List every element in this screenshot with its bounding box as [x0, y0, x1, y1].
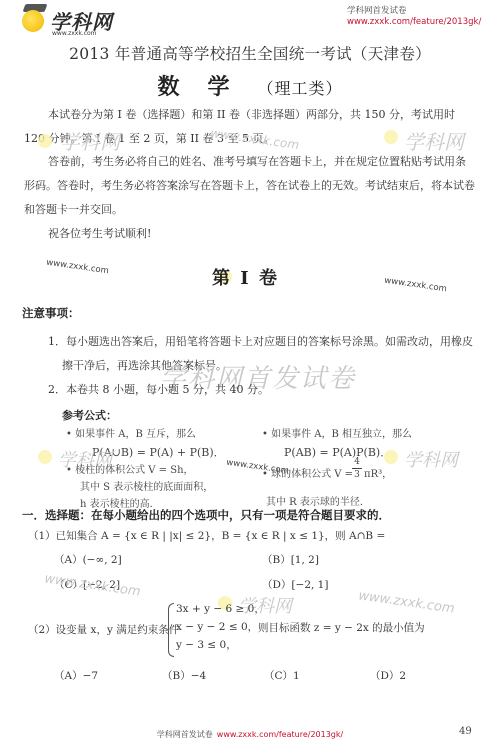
fraction-numerator: 4	[352, 457, 362, 469]
page-number: 49	[459, 726, 472, 737]
intro-paragraph-2: 答卷前，考生务必将自己的姓名、准考号填写在答题卡上，并在规定位置粘贴考试用条形码…	[24, 150, 476, 222]
footer-tagline: 学科网首发试卷	[157, 730, 213, 739]
watermark-url: www.zxxk.com	[384, 276, 448, 295]
fraction-denominator: 3	[352, 470, 362, 481]
header-tagline: 学科网首发试卷	[347, 6, 481, 17]
constraint-list: 3x + y − 6 ≥ 0， x − y − 2 ≤ 0， y − 3 ≤ 0…	[176, 600, 265, 654]
section-heading: 一．选择题：在每小题给出的四个选项中，只有一项是符合题目要求的．	[22, 507, 390, 523]
watermark-url: www.zxxk.com	[46, 258, 110, 277]
notes-heading: 注意事项：	[22, 305, 80, 321]
mascot-icon	[22, 10, 44, 32]
footer-link[interactable]: www.zxxk.com/feature/2013gk/	[217, 730, 343, 739]
watermark-mascot-icon	[38, 450, 52, 464]
formula-left-4: 其中 S 表示棱柱的底面面积，	[80, 479, 213, 496]
intro-wish: 祝各位考生考试顺利!	[48, 222, 500, 246]
subject-title: 数学（理工类）	[0, 70, 500, 101]
question-1-option-a: （A）(−∞, 2]	[54, 550, 122, 570]
footer: 学科网首发试卷www.zxxk.com/feature/2013gk/	[0, 729, 500, 740]
note-item-2: 2．本卷共 8 小题，每小题 5 分，共 40 分。	[48, 378, 478, 402]
question-1-stem: （1）已知集合 A = {x ∈ R | |x| ≤ 2}，B = {x ∈ R…	[28, 526, 385, 546]
watermark-brand: 学科网	[404, 446, 458, 472]
formula-right-3: • 球的体积公式 V =	[262, 466, 353, 483]
watermark-url: www.zxxk.com	[357, 588, 455, 616]
question-2-option-b: （B）−4	[162, 666, 206, 686]
volume-title: 第 I 卷	[212, 264, 279, 290]
constraint-brace	[168, 603, 174, 657]
formula-right-4: πR³，	[364, 466, 392, 483]
watermark-mascot-icon	[384, 130, 398, 144]
question-2-option-a: （A）−7	[54, 666, 98, 686]
question-2-stem-suffix: 则目标函数 z = y − 2x 的最小值为	[258, 618, 425, 638]
formula-left-3: • 棱柱的体积公式 V = Sh，	[66, 462, 194, 479]
watermark-mascot-icon	[38, 134, 52, 148]
question-2-stem-prefix: （2）设变量 x，y 满足约束条件	[28, 620, 179, 640]
watermark-brand: 学科网	[60, 126, 120, 155]
formula-right-1: • 如果事件 A，B 相互独立，那么	[262, 426, 412, 443]
formula-left-1: • 如果事件 A，B 互斥，那么	[66, 426, 196, 443]
question-1-option-b: （B）[1, 2]	[262, 550, 319, 570]
subject-sub: （理工类）	[258, 79, 343, 98]
header-link[interactable]: www.zxxk.com/feature/2013gk/	[347, 17, 481, 28]
question-2-option-c: （C）1	[264, 666, 300, 686]
watermark-mascot-icon	[384, 450, 398, 464]
watermark-brand: 学科网	[404, 126, 464, 155]
zxxk-logo: 学科网 www.zxxk.com	[22, 4, 142, 40]
subject-main: 数学	[157, 74, 257, 100]
constraint-3: y − 3 ≤ 0，	[176, 636, 265, 654]
logo-url: www.zxxk.com	[52, 30, 97, 37]
formula-heading: 参考公式：	[62, 407, 117, 423]
exam-title: 2013 年普通高等学校招生全国统一考试（天津卷）	[0, 42, 500, 64]
constraint-1: 3x + y − 6 ≥ 0，	[176, 600, 265, 618]
header-right: 学科网首发试卷 www.zxxk.com/feature/2013gk/	[347, 6, 481, 28]
question-2-option-d: （D）2	[370, 666, 406, 686]
constraint-2: x − y − 2 ≤ 0，	[176, 618, 265, 636]
formula-right-2: P(AB) = P(A)P(B)．	[284, 444, 391, 461]
